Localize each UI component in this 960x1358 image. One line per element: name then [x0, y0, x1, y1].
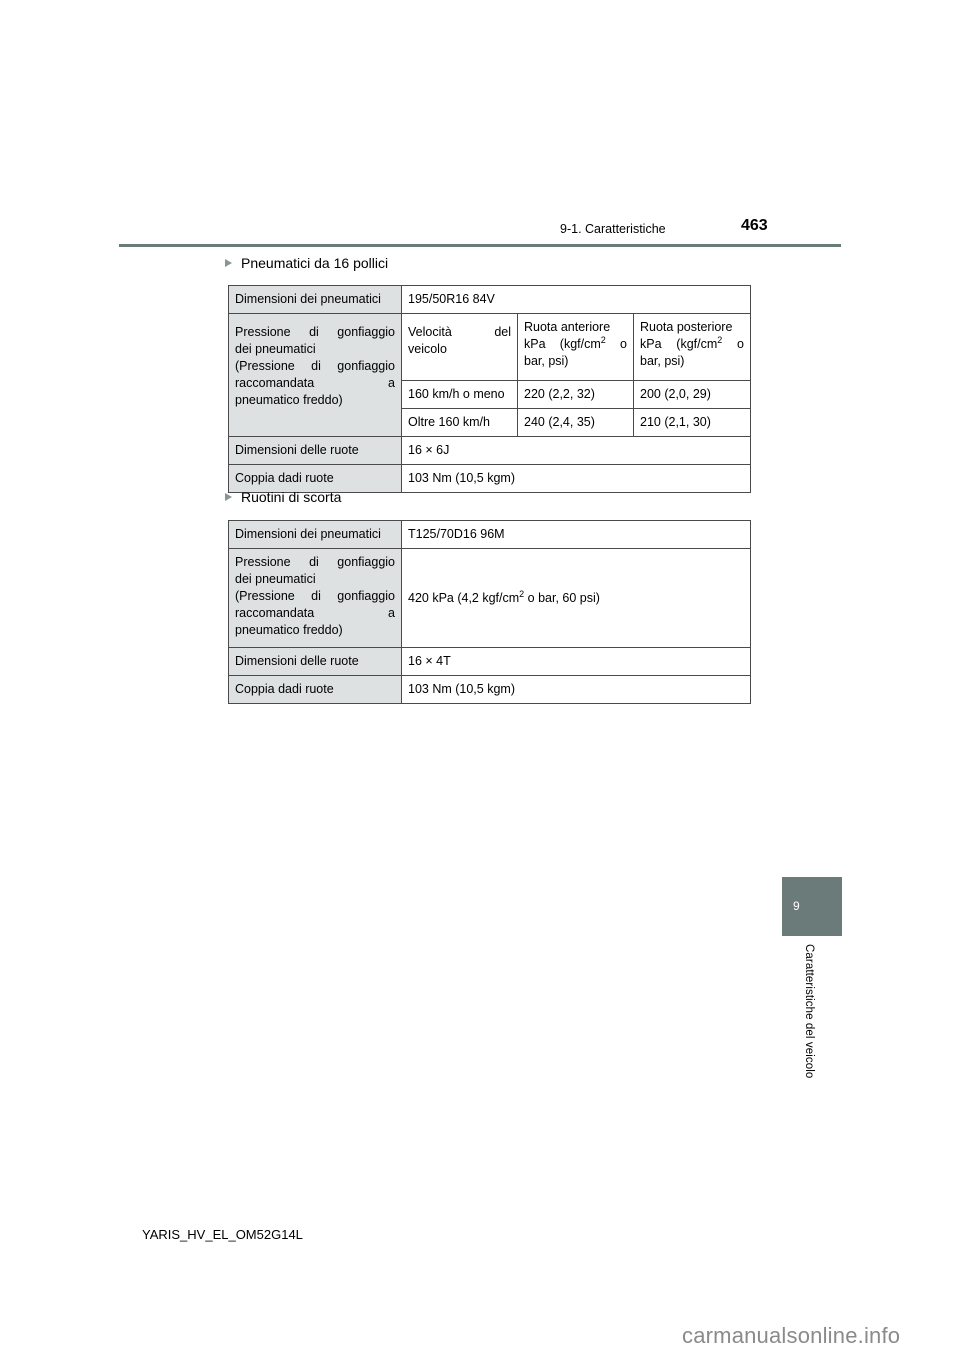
- section-heading-text: Ruotini di scorta: [241, 489, 341, 505]
- section-heading-text: Pneumatici da 16 pollici: [241, 255, 388, 271]
- page-number: 463: [741, 217, 768, 235]
- front-pressure-cell: 220 (2,2, 32): [518, 381, 634, 409]
- torque-value: 103 Nm (10,5 kgm): [402, 676, 751, 704]
- rear-pressure-cell: 200 (2,0, 29): [634, 381, 751, 409]
- speed-cell: 160 km/h o meno: [402, 381, 518, 409]
- speed-cell: Oltre 160 km/h: [402, 409, 518, 437]
- wheel-size-label: Dimensioni delle ruote: [229, 648, 402, 676]
- tire-size-label: Dimensioni dei pneumatici: [229, 286, 402, 314]
- wheel-size-value: 16 × 6J: [402, 437, 751, 465]
- triangle-bullet-icon: [225, 259, 232, 267]
- chapter-number: 9: [793, 899, 800, 913]
- table-row: Dimensioni dei pneumatici T125/70D16 96M: [229, 521, 751, 549]
- chapter-tab: 9: [782, 877, 842, 936]
- torque-value: 103 Nm (10,5 kgm): [402, 465, 751, 493]
- section-heading-16-inch: Pneumatici da 16 pollici: [225, 255, 388, 271]
- torque-label: Coppia dadi ruote: [229, 676, 402, 704]
- table-row: Dimensioni delle ruote 16 × 4T: [229, 648, 751, 676]
- triangle-bullet-icon: [225, 493, 232, 501]
- pressure-label: Pressione di gonfiaggio dei pneumatici (…: [229, 549, 402, 648]
- tire-size-value: 195/50R16 84V: [402, 286, 751, 314]
- section-title: 9-1. Caratteristiche: [560, 222, 666, 236]
- speed-header: Velocità del veicolo: [402, 314, 518, 381]
- table-row: Pressione di gonfiaggio dei pneumatici (…: [229, 549, 751, 648]
- manual-code: YARIS_HV_EL_OM52G14L: [142, 1227, 303, 1242]
- rear-pressure-cell: 210 (2,1, 30): [634, 409, 751, 437]
- wheel-size-value: 16 × 4T: [402, 648, 751, 676]
- tire-spec-table-spare: Dimensioni dei pneumatici T125/70D16 96M…: [228, 520, 751, 704]
- table-row: Dimensioni dei pneumatici 195/50R16 84V: [229, 286, 751, 314]
- tire-spec-table-16-inch: Dimensioni dei pneumatici 195/50R16 84V …: [228, 285, 751, 493]
- section-heading-spare: Ruotini di scorta: [225, 489, 341, 505]
- table-row: Dimensioni delle ruote 16 × 6J: [229, 437, 751, 465]
- wheel-size-label: Dimensioni delle ruote: [229, 437, 402, 465]
- tire-size-label: Dimensioni dei pneumatici: [229, 521, 402, 549]
- table-row: Pressione di gonfiaggio dei pneumatici (…: [229, 314, 751, 381]
- front-pressure-cell: 240 (2,4, 35): [518, 409, 634, 437]
- chapter-title: Caratteristiche del veicolo: [803, 944, 815, 1078]
- header-divider: [119, 244, 841, 247]
- tire-size-value: T125/70D16 96M: [402, 521, 751, 549]
- pressure-label: Pressione di gonfiaggio dei pneumatici (…: [229, 314, 402, 437]
- watermark: carmanualsonline.info: [682, 1323, 900, 1349]
- pressure-value: 420 kPa (4,2 kgf/cm2 o bar, 60 psi): [402, 549, 751, 648]
- table-row: Coppia dadi ruote 103 Nm (10,5 kgm): [229, 676, 751, 704]
- rear-wheel-header: Ruota posteriore kPa (kgf/cm2 o bar, psi…: [634, 314, 751, 381]
- front-wheel-header: Ruota anteriore kPa (kgf/cm2 o bar, psi): [518, 314, 634, 381]
